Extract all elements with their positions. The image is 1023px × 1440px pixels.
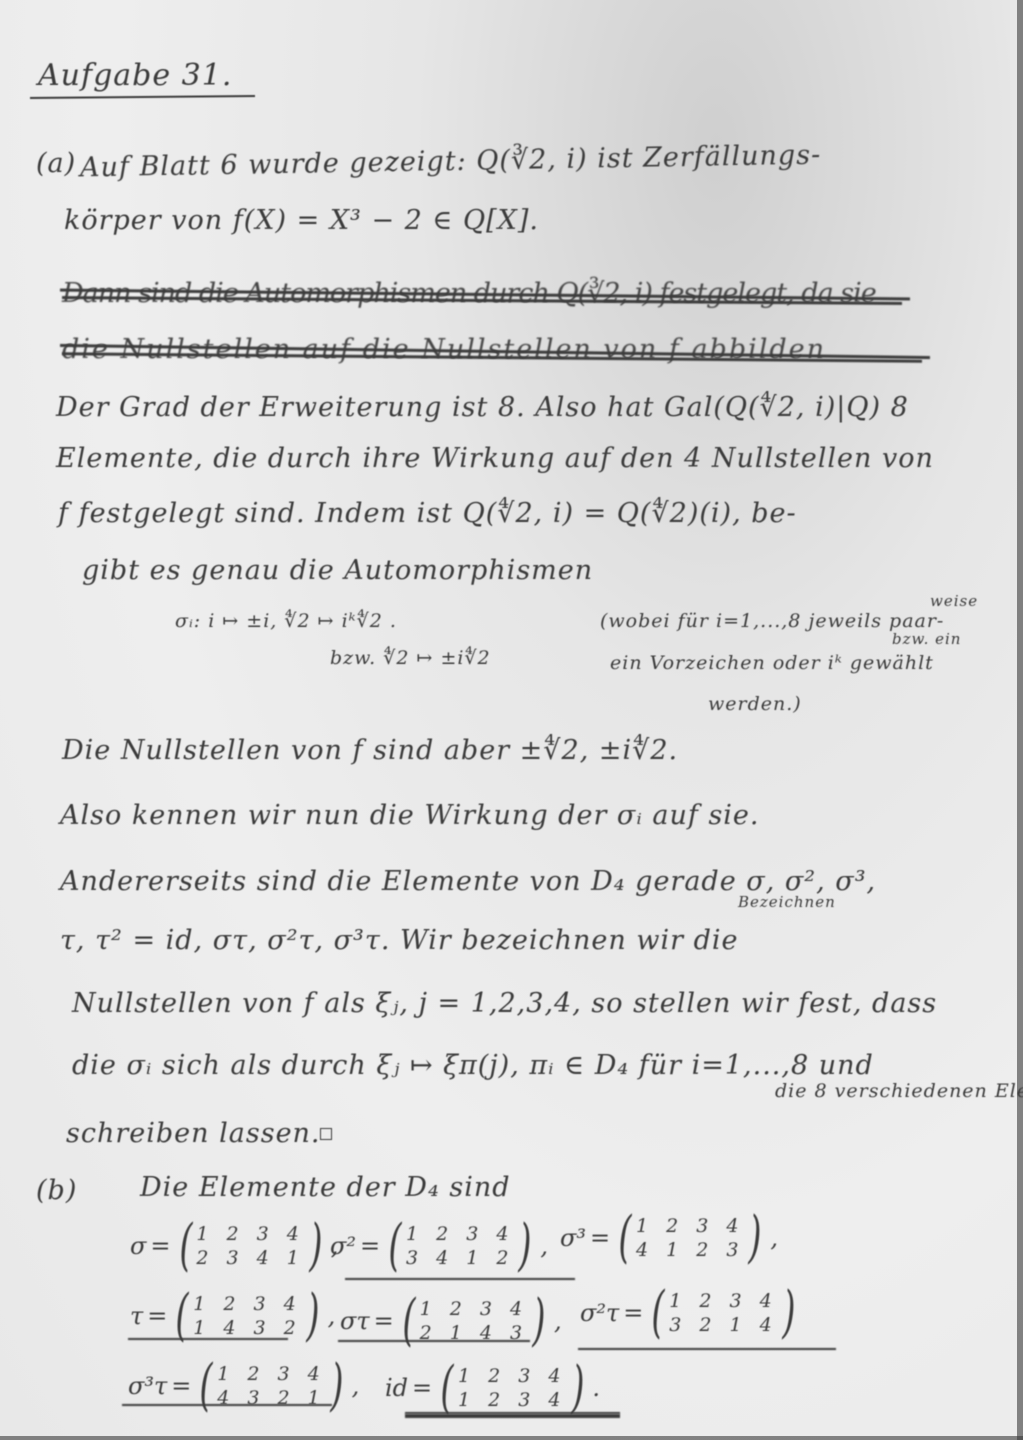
right-paren: ) [306,1288,319,1344]
part-b-label: (b) [36,1175,77,1206]
permutation-name: σ [130,1232,146,1260]
separator: . [592,1374,600,1402]
text-line-12b: die 8 verschiedenen Elemente aus D₄, [775,1080,1023,1102]
permutation-rows: 1 2 3 44 3 2 1 [217,1362,325,1410]
left-paren: ( [176,1288,189,1344]
qed-symbol [320,1128,332,1140]
right-paren: ) [330,1358,343,1414]
separator: , [540,1232,548,1260]
formula-1: σᵢ: i ↦ ±i, ∜2 ↦ iᵏ∜2 . [175,610,397,632]
note-superscript: bzw. ein [892,630,961,648]
top-row: 1 2 3 4 [193,1292,301,1316]
underline [338,1340,530,1342]
permutation-rows: 1 2 3 41 4 3 2 [193,1292,301,1340]
permutation-name: σ³τ [128,1372,167,1400]
right-paren: ) [532,1293,545,1349]
equals-sign: = [590,1224,610,1252]
permutation-name: σ² [330,1232,356,1260]
permutation-rows: 1 2 3 42 1 4 3 [420,1297,528,1345]
underline [122,1404,332,1406]
page-edge-bottom [0,1436,1023,1440]
text-line-10: τ, τ² = id, στ, σ²τ, σ³τ. Wir bezeichnen… [60,925,738,956]
top-row: 1 2 3 4 [420,1297,528,1321]
permutation-name: σ²τ [580,1299,619,1327]
equals-sign: = [374,1307,394,1335]
note-inserted-word: weise [930,592,978,610]
bottom-row: 2 3 4 1 [196,1246,304,1270]
equals-sign: = [360,1232,380,1260]
part-b-intro: Die Elemente der D₄ sind [140,1172,511,1203]
inserted-word: Bezeichnen [738,893,836,911]
handwritten-page: Aufgabe 31. (a) Auf Blatt 6 wurde gezeig… [0,0,1023,1440]
equals-sign: = [150,1232,170,1260]
text-line-13: schreiben lassen. [66,1118,321,1149]
right-paren: ) [519,1218,532,1274]
top-row: 1 2 3 4 [217,1362,325,1386]
page-title: Aufgabe 31. [38,58,232,93]
scribble-under-id [405,1414,620,1418]
top-row: 1 2 3 4 [406,1222,514,1246]
separator: , [352,1372,360,1400]
permutation-7: id=(1 2 3 41 2 3 4). [385,1360,600,1416]
underline [128,1338,288,1340]
bottom-row: 1 4 3 2 [193,1316,301,1340]
note-line-2: ein Vorzeichen oder iᵏ gewählt [610,652,934,674]
note-line-3: werden.) [708,693,802,715]
text-line-11: Nullstellen von f als ξⱼ, j = 1,2,3,4, s… [72,988,937,1019]
permutation-rows: 1 2 3 41 2 3 4 [458,1364,566,1412]
permutation-name: id [385,1374,408,1402]
left-paren: ( [652,1285,665,1341]
bottom-row: 4 3 2 1 [217,1386,325,1410]
text-line-6: gibt es genau die Automorphismen [82,555,593,586]
bottom-row: 4 1 2 3 [636,1238,744,1262]
bottom-row: 3 4 1 2 [406,1246,514,1270]
underline [345,1278,575,1280]
top-row: 1 2 3 4 [636,1214,744,1238]
page-edge [1017,0,1023,1440]
formula-2: bzw. ∜2 ↦ ±i∜2 [330,647,491,669]
bottom-row: 1 2 3 4 [458,1388,566,1412]
permutation-5: σ²τ=(1 2 3 43 2 1 4) [580,1285,804,1341]
text-line-1: Auf Blatt 6 wurde gezeigt: Q(∛2, i) ist … [80,140,822,184]
permutation-rows: 1 2 3 43 2 1 4 [669,1289,777,1337]
bottom-row: 3 2 1 4 [669,1313,777,1337]
underline [578,1348,836,1350]
separator: , [554,1307,562,1335]
permutation-name: στ [340,1307,370,1335]
equals-sign: = [171,1372,191,1400]
permutation-2: σ³=(1 2 3 44 1 2 3), [560,1210,778,1266]
permutation-3: τ=(1 2 3 41 4 3 2), [130,1288,335,1344]
permutation-name: σ³ [560,1224,586,1252]
permutation-rows: 1 2 3 44 1 2 3 [636,1214,744,1262]
note-line-1: (wobei für i=1,...,8 jeweils paar- [600,610,944,632]
text-line-4: Elemente, die durch ihre Wirkung auf den… [56,443,934,474]
permutation-rows: 1 2 3 42 3 4 1 [196,1222,304,1270]
text-line-5: f festgelegt sind. Indem ist Q(∜2, i) = … [58,498,797,529]
separator: , [328,1302,336,1330]
right-paren: ) [309,1218,322,1274]
left-paren: ( [179,1218,192,1274]
right-paren: ) [571,1360,584,1416]
text-line-2: körper von f(X) = X³ − 2 ∈ Q[X]. [64,205,539,236]
left-paren: ( [388,1218,401,1274]
equals-sign: = [147,1302,167,1330]
permutation-1: σ²=(1 2 3 43 4 1 2), [330,1218,548,1274]
text-line-12: die σᵢ sich als durch ξⱼ ↦ ξπ(j), πᵢ ∈ D… [72,1050,874,1081]
permutation-rows: 1 2 3 43 4 1 2 [406,1222,514,1270]
top-row: 1 2 3 4 [669,1289,777,1313]
right-paren: ) [782,1285,795,1341]
separator: , [770,1224,778,1252]
text-line-3: Der Grad der Erweiterung ist 8. Also hat… [56,392,909,423]
text-line-7: Die Nullstellen von f sind aber ±∜2, ±i∜… [62,735,678,766]
top-row: 1 2 3 4 [196,1222,304,1246]
equals-sign: = [412,1374,432,1402]
right-paren: ) [749,1210,762,1266]
part-a-label: (a) [36,148,76,179]
left-paren: ( [441,1360,454,1416]
title-underline [30,95,255,99]
left-paren: ( [618,1210,631,1266]
permutation-0: σ=(1 2 3 42 3 4 1), [130,1218,338,1274]
equals-sign: = [623,1299,643,1327]
top-row: 1 2 3 4 [458,1364,566,1388]
permutation-name: τ [130,1302,143,1330]
text-line-8: Also kennen wir nun die Wirkung der σᵢ a… [60,800,760,831]
